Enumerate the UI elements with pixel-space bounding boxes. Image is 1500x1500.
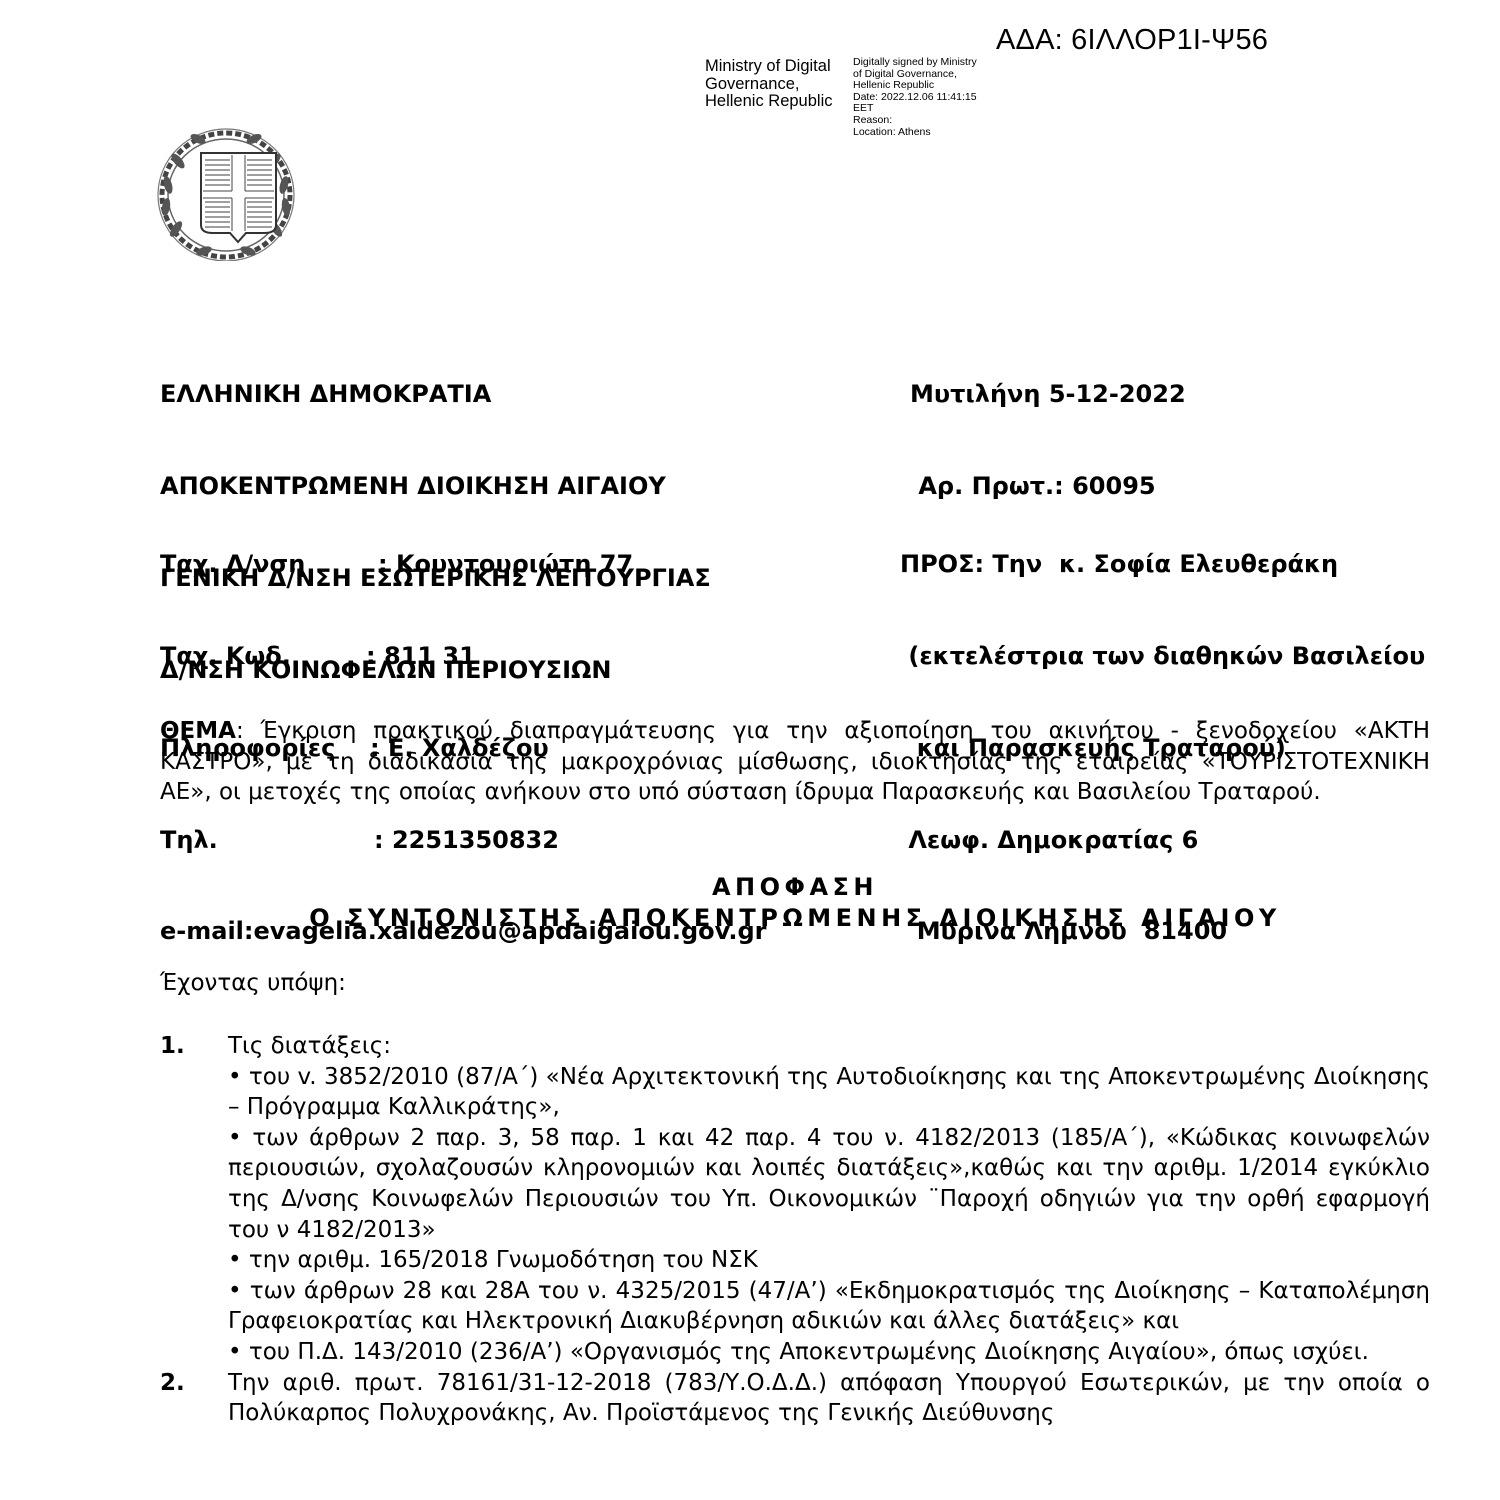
- subject-label: ΘΕΜΑ: [160, 718, 236, 744]
- greek-coat-of-arms-icon: [154, 125, 298, 261]
- subject-paragraph: ΘΕΜΑ: Έγκριση πρακτικού διαπραγμάτευσης …: [160, 716, 1430, 808]
- decision-subtitle: Ο ΣΥΝΤΟΝΙΣΤΗΣ ΑΠΟΚΕΝΤΡΩΜΕΝΗΣ ΔΙΟΙΚΗΣΗΣ Α…: [0, 903, 1500, 934]
- signature-detail-line: Digitally signed by Ministry: [853, 57, 977, 69]
- bullet-item: • του v. 3852/2010 (87/Α΄) «Νέα Αρχιτεκτ…: [228, 1062, 1430, 1123]
- item-number: 2.: [160, 1368, 228, 1429]
- contact-row-address: Ταχ. Δ/νση : Κουντουριώτη 77: [160, 549, 767, 580]
- recipient-line: ΠΡΟΣ: Την κ. Σοφία Ελευθεράκη: [900, 549, 1425, 580]
- list-item: 2. Την αριθ. πρωτ. 78161/31-12-2018 (783…: [160, 1368, 1430, 1429]
- item-number: 1.: [160, 1031, 228, 1368]
- contact-row-phone: Τηλ. : 2251350832: [160, 825, 767, 856]
- bullet-item: • του Π.Δ. 143/2010 (236/Α’) «Οργανισμός…: [228, 1337, 1430, 1368]
- signer-line: Governance,: [705, 76, 832, 94]
- item-body: Την αριθ. πρωτ. 78161/31-12-2018 (783/Υ.…: [228, 1368, 1430, 1429]
- place-date: Μυτιλήνη 5-12-2022: [910, 379, 1186, 410]
- contact-label: Ταχ. Δ/νση: [160, 549, 378, 580]
- signature-detail-line: Reason:: [853, 115, 977, 127]
- considering-intro: Έχοντας υπόψη:: [160, 968, 346, 999]
- subject-text: : Έγκριση πρακτικού διαπραγμάτευσης για …: [160, 718, 1430, 805]
- authority-line: ΕΛΛΗΝΙΚΗ ΔΗΜΟΚΡΑΤΙΑ: [160, 379, 711, 410]
- considerations-list: 1. Τις διατάξεις: • του v. 3852/2010 (87…: [160, 1031, 1430, 1429]
- decision-title: ΑΠΟΦΑΣΗ: [0, 872, 1500, 903]
- signature-signer: Ministry of Digital Governance, Hellenic…: [705, 58, 832, 111]
- contact-row-postcode: Ταχ. Κωδ. : 811 31: [160, 641, 767, 672]
- decision-heading: ΑΠΟΦΑΣΗ Ο ΣΥΝΤΟΝΙΣΤΗΣ ΑΠΟΚΕΝΤΡΩΜΕΝΗΣ ΔΙΟ…: [0, 872, 1500, 934]
- bullet-item: • των άρθρων 2 παρ. 3, 58 παρ. 1 και 42 …: [228, 1123, 1430, 1245]
- contact-value: : Κουντουριώτη 77: [378, 549, 633, 580]
- contact-value: : 811 31: [366, 641, 476, 672]
- recipient-line: Λεωφ. Δημοκρατίας 6: [900, 825, 1425, 856]
- signature-detail-line: Location: Athens: [853, 127, 977, 139]
- bullet-item: • των άρθρων 28 και 28Α του ν. 4325/2015…: [228, 1276, 1430, 1337]
- bullet-item: • την αριθμ. 165/2018 Γνωμοδότηση του ΝΣ…: [228, 1245, 1430, 1276]
- signer-line: Ministry of Digital: [705, 58, 832, 76]
- signature-details: Digitally signed by Ministry of Digital …: [853, 57, 977, 138]
- item-body: Τις διατάξεις: • του v. 3852/2010 (87/Α΄…: [228, 1031, 1430, 1368]
- contact-value: : 2251350832: [374, 825, 559, 856]
- recipient-line: (εκτελέστρια των διαθηκών Βασιλείου: [900, 641, 1425, 672]
- ada-code: ΑΔΑ: 6ΙΛΛΟΡ1Ι-Ψ56: [996, 24, 1268, 57]
- list-item: 1. Τις διατάξεις: • του v. 3852/2010 (87…: [160, 1031, 1430, 1368]
- contact-label: Ταχ. Κωδ.: [160, 641, 366, 672]
- contact-label: Τηλ.: [160, 825, 374, 856]
- signer-line: Hellenic Republic: [705, 93, 832, 111]
- item-heading: Τις διατάξεις:: [228, 1031, 1430, 1062]
